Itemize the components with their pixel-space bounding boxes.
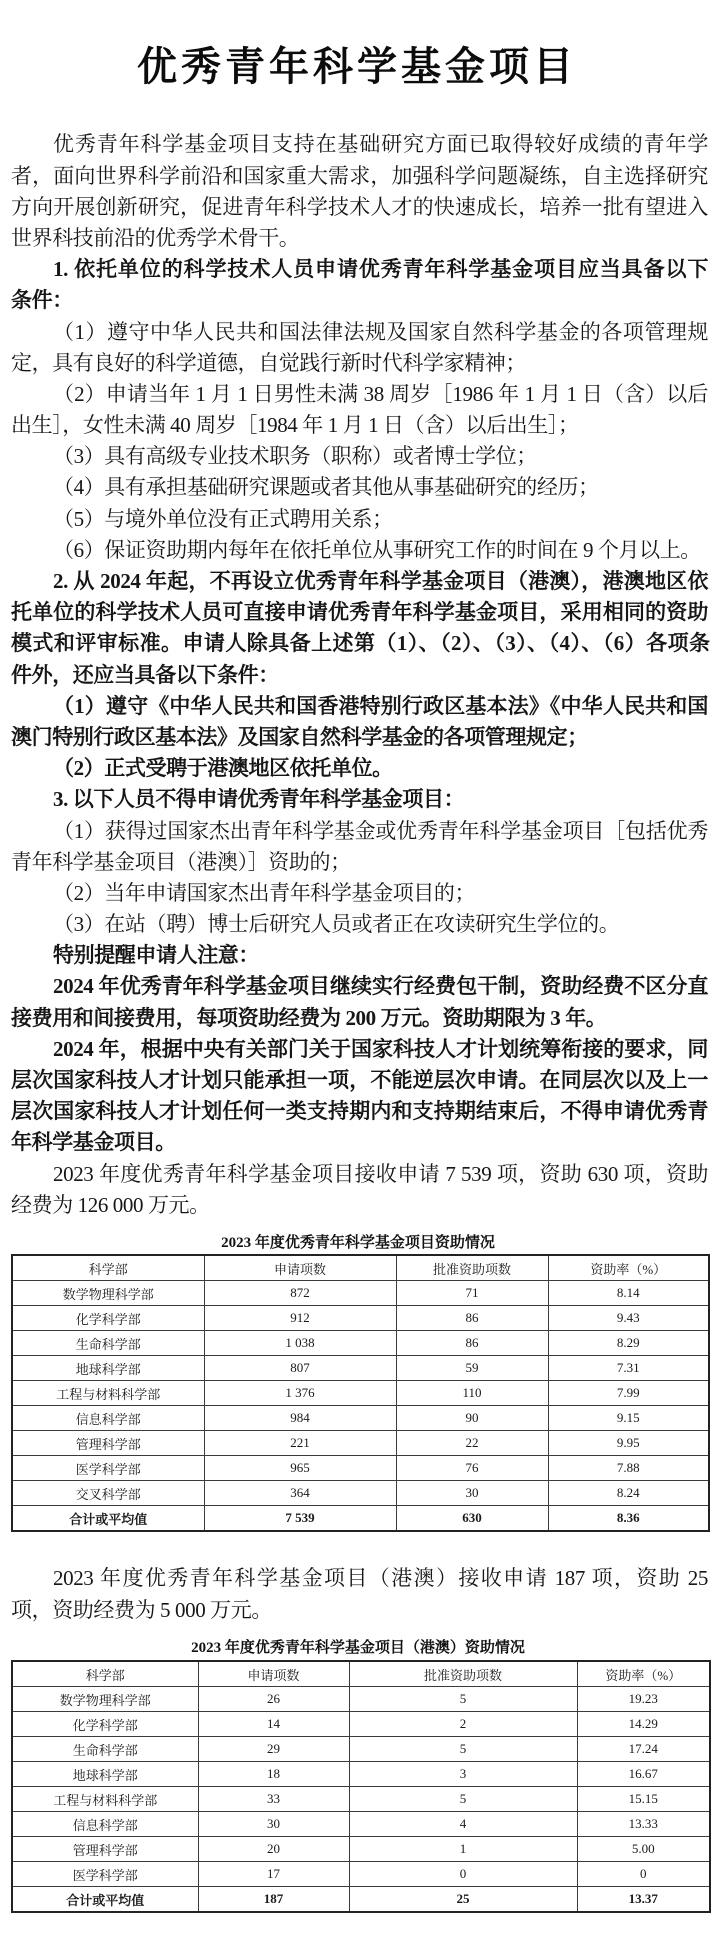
cell-applications: 26 [198,1687,349,1712]
cell-total-funded: 630 [396,1506,548,1532]
cell-total-applications: 187 [198,1887,349,1913]
cell-department: 信息科学部 [12,1406,204,1431]
cell-applications: 18 [198,1762,349,1787]
cell-funded: 5 [349,1687,577,1712]
cell-funded: 86 [396,1331,548,1356]
text-line: 世界科技前沿的优秀学术骨干。 [11,223,708,254]
cell-department: 数学物理科学部 [12,1281,204,1306]
text-line: （5）与境外单位没有正式聘用关系； [11,504,708,535]
cell-funded: 59 [396,1356,548,1381]
document-page: 优秀青年科学基金项目 优秀青年科学基金项目支持在基础研究方面已取得较好成绩的青年… [0,0,720,1960]
cell-funded: 0 [349,1862,577,1887]
cell-rate: 13.33 [577,1812,710,1837]
cell-applications: 14 [198,1712,349,1737]
text-line: （6）保证资助期内每年在依托单位从事研究工作的时间在 9 个月以上。 [11,535,708,566]
cell-department: 信息科学部 [12,1812,198,1837]
table-row: 管理科学部 221 22 9.95 [12,1431,709,1456]
cell-rate: 14.29 [577,1712,710,1737]
requirement-item-3: （3）具有高级专业技术职务（职称）或者博士学位； [11,441,708,472]
header-department: 科学部 [12,1255,204,1281]
table-row: 数学物理科学部 26 5 19.23 [12,1687,710,1712]
cell-funded: 5 [349,1787,577,1812]
cell-rate: 19.23 [577,1687,710,1712]
header-rate: 资助率（%） [577,1661,710,1687]
cell-department: 管理科学部 [12,1431,204,1456]
table-row: 化学科学部 912 86 9.43 [12,1306,709,1331]
text-line: 层次国家科技人才计划任何一类支持期内和支持期结束后，不得申请优秀青 [11,1096,708,1127]
text-line: 优秀青年科学基金项目支持在基础研究方面已取得较好成绩的青年学 [11,129,708,160]
cell-applications: 20 [198,1837,349,1862]
cell-total-label: 合计或平均值 [12,1506,204,1532]
text-line: （3）具有高级专业技术职务（职称）或者博士学位； [11,441,708,472]
text-line: （1）获得过国家杰出青年科学基金或优秀青年科学基金项目［包括优秀 [11,816,708,847]
page-title: 优秀青年科学基金项目 [0,43,714,91]
table-row: 交叉科学部 364 30 8.24 [12,1481,709,1506]
text-line: 层次国家科技人才计划只能承担一项，不能逆层次申请。在同层次以及上一 [11,1065,708,1096]
cell-applications: 17 [198,1862,349,1887]
text-line: 模式和评审标准。申请人除具备上述第（1）、（2）、（3）、（4）、（6）各项条 [11,628,708,659]
text-line: 2023 年度优秀青年科学基金项目接收申请 7 539 项，资助 630 项，资… [11,1159,708,1190]
text-line: 项，资助经费为 5 000 万元。 [11,1595,708,1626]
table-row: 化学科学部 14 2 14.29 [12,1712,710,1737]
text-line: 件外，还应当具备以下条件： [11,660,708,691]
table-header-row: 科学部 申请项数 批准资助项数 资助率（%） [12,1255,709,1281]
cell-rate: 8.29 [548,1331,709,1356]
requirement-item-5: （5）与境外单位没有正式聘用关系； [11,504,708,535]
text-line: （2）当年申请国家杰出青年科学基金项目的； [11,878,708,909]
text-line: 条件： [11,285,708,316]
cell-applications: 872 [204,1281,396,1306]
section-3-heading: 3. 以下人员不得申请优秀青年科学基金项目： [11,784,708,815]
cell-department: 医学科学部 [12,1456,204,1481]
funding-table-2023-hk-macau: 科学部 申请项数 批准资助项数 资助率（%） 数学物理科学部 26 5 19.2… [11,1660,711,1913]
cell-department: 地球科学部 [12,1762,198,1787]
cell-rate: 9.15 [548,1406,709,1431]
table1-caption: 2023 年度优秀青年科学基金项目资助情况 [0,1234,716,1252]
cell-funded: 90 [396,1406,548,1431]
cell-rate: 16.67 [577,1762,710,1787]
header-funded: 批准资助项数 [396,1255,548,1281]
text-line: 2024 年优秀青年科学基金项目继续实行经费包干制，资助经费不区分直 [11,971,708,1002]
header-department: 科学部 [12,1661,198,1687]
table-row: 生命科学部 1 038 86 8.29 [12,1331,709,1356]
text-line: 3. 以下人员不得申请优秀青年科学基金项目： [11,784,708,815]
cell-funded: 30 [396,1481,548,1506]
text-line: 托单位的科学技术人员可直接申请优秀青年科学基金项目，采用相同的资助 [11,597,708,628]
table-row: 工程与材料科学部 33 5 15.15 [12,1787,710,1812]
cell-applications: 1 038 [204,1331,396,1356]
header-rate: 资助率（%） [548,1255,709,1281]
cell-total-applications: 7 539 [204,1506,396,1532]
cell-total-funded: 25 [349,1887,577,1913]
cell-department: 生命科学部 [12,1331,204,1356]
requirement-item-4: （4）具有承担基础研究课题或者其他从事基础研究的经历； [11,472,708,503]
funding-table-2023: 科学部 申请项数 批准资助项数 资助率（%） 数学物理科学部 872 71 8.… [11,1254,710,1532]
table-row: 地球科学部 18 3 16.67 [12,1762,710,1787]
hk-macau-stats-text: 2023 年度优秀青年科学基金项目（港澳）接收申请 187 项，资助 25 项，… [11,1563,708,1625]
cell-department: 医学科学部 [12,1862,198,1887]
cell-rate: 0 [577,1862,710,1887]
cell-department: 化学科学部 [12,1306,204,1331]
cell-total-label: 合计或平均值 [12,1887,198,1913]
cell-funded: 3 [349,1762,577,1787]
body-text: 优秀青年科学基金项目支持在基础研究方面已取得较好成绩的青年学 者，面向世界科学前… [11,129,708,1221]
cell-funded: 86 [396,1306,548,1331]
cell-rate: 15.15 [577,1787,710,1812]
cell-applications: 30 [198,1812,349,1837]
cell-applications: 29 [198,1737,349,1762]
text-line: （3）在站（聘）博士后研究人员或者正在攻读研究生学位的。 [11,909,708,940]
cell-rate: 17.24 [577,1737,710,1762]
cell-applications: 912 [204,1306,396,1331]
table2-caption: 2023 年度优秀青年科学基金项目（港澳）资助情况 [0,1639,716,1657]
header-funded: 批准资助项数 [349,1661,577,1687]
cell-applications: 965 [204,1456,396,1481]
table-row: 医学科学部 17 0 0 [12,1862,710,1887]
requirement-item-2: （2）申请当年 1 月 1 日男性未满 38 周岁［1986 年 1 月 1 日… [11,379,708,441]
text-line: 定，具有良好的科学道德，自觉践行新时代科学家精神； [11,348,708,379]
notice-funding-paragraph: 2024 年优秀青年科学基金项目继续实行经费包干制，资助经费不区分直 接费用和间… [11,971,708,1033]
notice-talent-plan-paragraph: 2024 年，根据中央有关部门关于国家科技人才计划统筹衔接的要求，同 层次国家科… [11,1034,708,1159]
cell-rate: 9.43 [548,1306,709,1331]
cell-applications: 33 [198,1787,349,1812]
text-line: 2023 年度优秀青年科学基金项目（港澳）接收申请 187 项，资助 25 [11,1563,708,1594]
cell-department: 管理科学部 [12,1837,198,1862]
text-line: 1. 依托单位的科学技术人员申请优秀青年科学基金项目应当具备以下 [11,254,708,285]
cell-department: 数学物理科学部 [12,1687,198,1712]
cell-total-rate: 13.37 [577,1887,710,1913]
table-row: 生命科学部 29 5 17.24 [12,1737,710,1762]
cell-rate: 7.99 [548,1381,709,1406]
text-line: 澳门特别行政区基本法》及国家自然科学基金的各项管理规定； [11,722,708,753]
hk-macau-item-2: （2）正式受聘于港澳地区依托单位。 [11,753,708,784]
text-line: 出生］，女性未满 40 周岁［1984 年 1 月 1 日（含）以后出生］； [11,410,708,441]
table-row: 数学物理科学部 872 71 8.14 [12,1281,709,1306]
cell-rate: 9.95 [548,1431,709,1456]
header-applications: 申请项数 [204,1255,396,1281]
cell-applications: 1 376 [204,1381,396,1406]
table-total-row: 合计或平均值 187 25 13.37 [12,1887,710,1913]
intro-paragraph: 优秀青年科学基金项目支持在基础研究方面已取得较好成绩的青年学 者，面向世界科学前… [11,129,708,254]
text-line: 接费用和间接费用，每项资助经费为 200 万元。资助期限为 3 年。 [11,1003,708,1034]
cell-funded: 110 [396,1381,548,1406]
requirement-item-1: （1）遵守中华人民共和国法律法规及国家自然科学基金的各项管理规 定，具有良好的科… [11,317,708,379]
text-line: 者，面向世界科学前沿和国家重大需求，加强科学问题凝练，自主选择研究 [11,161,708,192]
cell-department: 地球科学部 [12,1356,204,1381]
cell-department: 交叉科学部 [12,1481,204,1506]
text-line: （2）正式受聘于港澳地区依托单位。 [11,753,708,784]
cell-applications: 221 [204,1431,396,1456]
cell-applications: 364 [204,1481,396,1506]
cell-funded: 71 [396,1281,548,1306]
table-total-row: 合计或平均值 7 539 630 8.36 [12,1506,709,1532]
table-row: 信息科学部 30 4 13.33 [12,1812,710,1837]
text-line: 特别提醒申请人注意： [11,940,708,971]
text-line: 青年科学基金项目（港澳）］资助的； [11,847,708,878]
section-1-heading: 1. 依托单位的科学技术人员申请优秀青年科学基金项目应当具备以下 条件： [11,254,708,316]
cell-funded: 1 [349,1837,577,1862]
table-header-row: 科学部 申请项数 批准资助项数 资助率（%） [12,1661,710,1687]
exclusion-item-3: （3）在站（聘）博士后研究人员或者正在攻读研究生学位的。 [11,909,708,940]
exclusion-item-1: （1）获得过国家杰出青年科学基金或优秀青年科学基金项目［包括优秀 青年科学基金项… [11,816,708,878]
cell-funded: 2 [349,1712,577,1737]
cell-rate: 7.31 [548,1356,709,1381]
table-row: 地球科学部 807 59 7.31 [12,1356,709,1381]
cell-rate: 8.14 [548,1281,709,1306]
requirement-item-6: （6）保证资助期内每年在依托单位从事研究工作的时间在 9 个月以上。 [11,535,708,566]
exclusion-item-2: （2）当年申请国家杰出青年科学基金项目的； [11,878,708,909]
stats-2023-paragraph: 2023 年度优秀青年科学基金项目接收申请 7 539 项，资助 630 项，资… [11,1159,708,1221]
cell-rate: 8.24 [548,1481,709,1506]
cell-funded: 22 [396,1431,548,1456]
table-row: 医学科学部 965 76 7.88 [12,1456,709,1481]
text-line: 方向开展创新研究，促进青年科学技术人才的快速成长，培养一批有望进入 [11,192,708,223]
text-line: 2. 从 2024 年起，不再设立优秀青年科学基金项目（港澳），港澳地区依 [11,566,708,597]
section-2-heading: 2. 从 2024 年起，不再设立优秀青年科学基金项目（港澳），港澳地区依 托单… [11,566,708,691]
text-line: （4）具有承担基础研究课题或者其他从事基础研究的经历； [11,472,708,503]
stats-hk-macau-paragraph: 2023 年度优秀青年科学基金项目（港澳）接收申请 187 项，资助 25 项，… [11,1563,708,1625]
text-line: 2024 年，根据中央有关部门关于国家科技人才计划统筹衔接的要求，同 [11,1034,708,1065]
cell-department: 化学科学部 [12,1712,198,1737]
cell-applications: 984 [204,1406,396,1431]
table-row: 工程与材料科学部 1 376 110 7.99 [12,1381,709,1406]
text-line: （1）遵守中华人民共和国法律法规及国家自然科学基金的各项管理规 [11,317,708,348]
text-line: （1）遵守《中华人民共和国香港特别行政区基本法》《中华人民共和国 [11,691,708,722]
text-line: （2）申请当年 1 月 1 日男性未满 38 周岁［1986 年 1 月 1 日… [11,379,708,410]
cell-rate: 7.88 [548,1456,709,1481]
notice-heading: 特别提醒申请人注意： [11,940,708,971]
text-line: 经费为 126 000 万元。 [11,1190,708,1221]
hk-macau-item-1: （1）遵守《中华人民共和国香港特别行政区基本法》《中华人民共和国 澳门特别行政区… [11,691,708,753]
cell-funded: 5 [349,1737,577,1762]
cell-applications: 807 [204,1356,396,1381]
table-row: 管理科学部 20 1 5.00 [12,1837,710,1862]
cell-funded: 76 [396,1456,548,1481]
cell-department: 生命科学部 [12,1737,198,1762]
text-line: 年科学基金项目。 [11,1127,708,1158]
cell-rate: 5.00 [577,1837,710,1862]
cell-total-rate: 8.36 [548,1506,709,1532]
cell-department: 工程与材料科学部 [12,1787,198,1812]
cell-department: 工程与材料科学部 [12,1381,204,1406]
cell-funded: 4 [349,1812,577,1837]
header-applications: 申请项数 [198,1661,349,1687]
table-row: 信息科学部 984 90 9.15 [12,1406,709,1431]
